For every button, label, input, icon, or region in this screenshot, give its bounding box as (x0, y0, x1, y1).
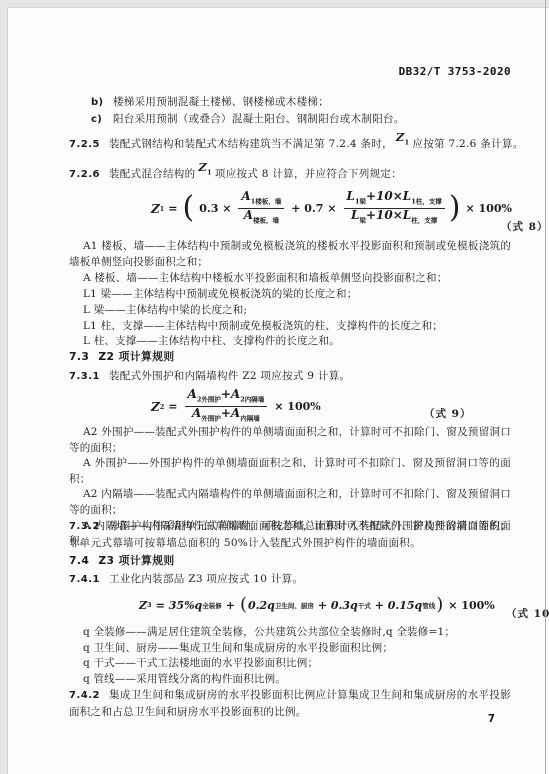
close-paren: ) (436, 596, 443, 614)
section-heading-7-3: 7.3Z2 项计算规则 (69, 349, 511, 364)
clause-number: 7.4.2 (69, 690, 100, 701)
clause-number: 7.3.1 (69, 371, 100, 382)
numerator-var: A (188, 387, 197, 401)
numerator-sub: 1楼板，墙 (251, 197, 282, 205)
formula-lhs: Z (151, 400, 160, 414)
definition-line: L 柱、支撑——主体结构中柱、支撑构件的长度之和。 (69, 334, 511, 350)
clause-text: 项应按式 8 计算，并应符合下列规定： (215, 168, 402, 180)
numerator-sub: 2外围护 (197, 395, 221, 403)
clause-text: 装配式混合结构的 (109, 168, 195, 180)
plus-sign: + (226, 599, 235, 612)
term-3-sub: 干式 (358, 601, 371, 610)
formula-8-label: （式 8） (501, 219, 548, 234)
clause-7-4-1: 7.4.1工业化内装部品 Z3 项应按式 10 计算。 (69, 571, 511, 586)
formula-tail: × 100% (448, 599, 494, 612)
definition-line: q 管线——采用管线分离的构件面积比例。 (69, 672, 511, 688)
definitions-eq8: A1 楼板、墙——主体结构中预制或免模板浇筑的楼板水平投影面积和预制或免模板浇筑… (69, 239, 511, 350)
clause-text: 应按第 7.2.6 条计算。 (412, 138, 523, 150)
close-paren: ) (449, 193, 461, 223)
denominator-sub: 柱，支撑 (411, 217, 437, 225)
denominator-var: +10×L (366, 208, 411, 222)
numerator-var: +A (221, 387, 240, 401)
definitions-eq10: q 全装修——满足居住建筑全装修，公共建筑公共部位全装修时,q 全装修=1； q… (69, 625, 511, 688)
formula-lhs-sub: 2 (160, 403, 165, 411)
numerator-sub: 1梁 (355, 197, 366, 205)
formula-tail: × 100% (465, 202, 511, 215)
section-title: Z3 项计算规则 (98, 554, 174, 567)
list-item-text: 楼梯采用预制混凝土楼梯、钢楼梯或木楼梯； (113, 96, 329, 108)
definition-line: A1 楼板、墙——主体结构中预制或免模板浇筑的楼板水平投影面积和预制或免模板浇筑… (69, 239, 511, 271)
denominator-sub: 楼板，墙 (253, 217, 279, 225)
list-item-text: 阳台采用预制（或叠合）混凝土阳台、钢制阳台或木制阳台。 (113, 113, 405, 125)
formula-10-label: （式 10） (506, 606, 549, 621)
definition-line: q 干式——干式工法楼地面的水平投影面积比例； (69, 656, 511, 672)
standard-number-header: DB32/T 3753-2020 (69, 65, 511, 78)
section-number: 7.3 (69, 350, 89, 363)
list-marker: b) (91, 95, 113, 111)
equals-sign: = (156, 599, 165, 612)
clause-text: 工业化内装部品 Z3 项应按式 10 计算。 (109, 573, 303, 585)
formula-tail: × 100% (274, 400, 320, 413)
denominator-sub: 内隔墙 (240, 415, 260, 423)
formula-9: Z2 = A2外围护+A2内隔墙 A外围护+A内隔墙 × 100% (69, 389, 549, 425)
fraction-length: L1梁+10×L1柱，支撑 L梁+10×L柱，支撑 (344, 191, 445, 227)
definition-line: q 卫生间、厨房——集成卫生间和集成厨房的水平投影面积比例； (69, 641, 511, 657)
list-item-c: c)阳台采用预制（或叠合）混凝土阳台、钢制阳台或木制阳台。 (69, 111, 511, 128)
clause-number: 7.2.5 (69, 139, 100, 150)
section-number: 7.4 (69, 554, 89, 567)
numerator-sub: 1柱，支撑 (411, 197, 442, 205)
term-1-sub: 全装修 (202, 601, 222, 610)
clause-number: 7.4.1 (69, 574, 100, 585)
denominator-var: A (192, 406, 201, 420)
denominator-sub: 外围护 (201, 415, 221, 423)
scan-edge-line (545, 0, 546, 774)
equals-sign: = (168, 400, 177, 413)
numerator-sub: 2内隔墙 (240, 395, 264, 403)
operator: + 0.7 × (291, 202, 336, 215)
list-item-b: b)楼梯采用预制混凝土楼梯、钢楼梯或木楼梯； (69, 94, 511, 111)
formula-8: Z1 = ( 0.3 × A1楼板，墙 A楼板，墙 + 0.7 × L1梁+10… (69, 191, 549, 227)
clause-7-2-5: 7.2.5装配式钢结构和装配式木结构建筑当不满足第 7.2.4 条时，Z1应按第… (69, 136, 511, 152)
definition-line: L 梁——主体结构中梁的长度之和; (69, 303, 511, 319)
formula-lhs: Z (139, 599, 147, 612)
numerator-var: L (347, 189, 355, 203)
formula-9-label: （式 9） (424, 406, 471, 421)
list-marker: c) (91, 112, 113, 128)
equals-sign: = (168, 202, 177, 215)
denominator-var: A (244, 208, 253, 222)
term-4-sub: 管线 (422, 601, 435, 610)
term-4: + 0.15q (375, 599, 423, 612)
term-2-sub: 卫生间、厨房 (275, 601, 314, 610)
definition-line: A 楼板、墙——主体结构中楼板水平投影面积和墙板单侧竖向投影面积之和； (69, 271, 511, 287)
clause-7-3-1: 7.3.1装配式外围护和内隔墙构件 Z2 项应按式 9 计算。 (69, 368, 511, 383)
formula-lhs-sub: 1 (160, 205, 165, 213)
term-2: 0.2q (248, 599, 275, 612)
section-title: Z2 项计算规则 (98, 350, 174, 363)
definition-line: q 全装修——满足居住建筑全装修，公共建筑公共部位全装修时,q 全装修=1； (69, 625, 511, 641)
variable-z1: Z1 (195, 160, 215, 174)
clause-text: 装配式钢结构和装配式木结构建筑当不满足第 7.2.4 条时， (109, 138, 393, 150)
open-paren: ( (183, 193, 195, 223)
document-page: DB32/T 3753-2020 b)楼梯采用预制混凝土楼梯、钢楼梯或木楼梯； … (7, 7, 549, 774)
open-paren: ( (240, 596, 247, 614)
page-content: DB32/T 3753-2020 b)楼梯采用预制混凝土楼梯、钢楼梯或木楼梯； … (69, 8, 511, 774)
term-3: + 0.3q (318, 599, 358, 612)
term-1: 35%q (169, 599, 202, 612)
clause-text: 装配式外围护和内隔墙构件 Z2 项应按式 9 计算。 (109, 370, 350, 382)
clause-number: 7.3.2 (69, 521, 100, 532)
section-heading-7-4: 7.4Z3 项计算规则 (69, 553, 511, 568)
formula-lhs: Z (151, 202, 160, 216)
variable-z1: Z1 (393, 130, 413, 144)
formula-10: Z3 = 35%q全装修 + ( 0.2q卫生间、厨房 + 0.3q干式 + 0… (69, 596, 549, 614)
coefficient: 0.3 × (199, 202, 231, 215)
clause-number: 7.2.6 (69, 169, 100, 180)
denominator-var: +A (221, 406, 240, 420)
fraction: A2外围护+A2内隔墙 A外围护+A内隔墙 (185, 389, 268, 425)
definition-line: A 外围护——外围护构件的单侧墙面面积之和，计算时可不扣除门、窗及预留洞口等的面… (69, 456, 511, 487)
definition-line: A2 外围护——装配式外围护构件的单侧墙面面积之和，计算时可不扣除门、窗及预留洞… (69, 425, 511, 456)
clause-text: 外围护构件采用单元式幕墙时，可按幕墙总面积计入装配式外围护构件的墙面面积；非单元… (69, 520, 511, 549)
formula-lhs-sub: 3 (147, 601, 152, 609)
list-items: b)楼梯采用预制混凝土楼梯、钢楼梯或木楼梯； c)阳台采用预制（或叠合）混凝土阳… (69, 94, 511, 128)
clause-7-3-2: 7.3.2外围护构件采用单元式幕墙时，可按幕墙总面积计入装配式外围护构件的墙面面… (69, 518, 511, 551)
page-number: 7 (69, 713, 511, 725)
definition-line: L1 柱、支撑——主体结构中预制或免模板浇筑的柱、支撑构件的长度之和； (69, 319, 511, 335)
numerator-var: A (241, 189, 250, 203)
clause-7-2-6: 7.2.6装配式混合结构的Z1项应按式 8 计算，并应符合下列规定： (69, 166, 511, 182)
numerator-var: +10×L (366, 189, 411, 203)
fraction-area: A1楼板，墙 A楼板，墙 (238, 191, 284, 227)
definition-line: A2 内隔墙——装配式内隔墙构件的单侧墙面面积之和，计算时可不扣除门、窗及预留洞… (69, 487, 511, 518)
definition-line: L1 梁——主体结构中预制或免模板浇筑的梁的长度之和； (69, 287, 511, 303)
